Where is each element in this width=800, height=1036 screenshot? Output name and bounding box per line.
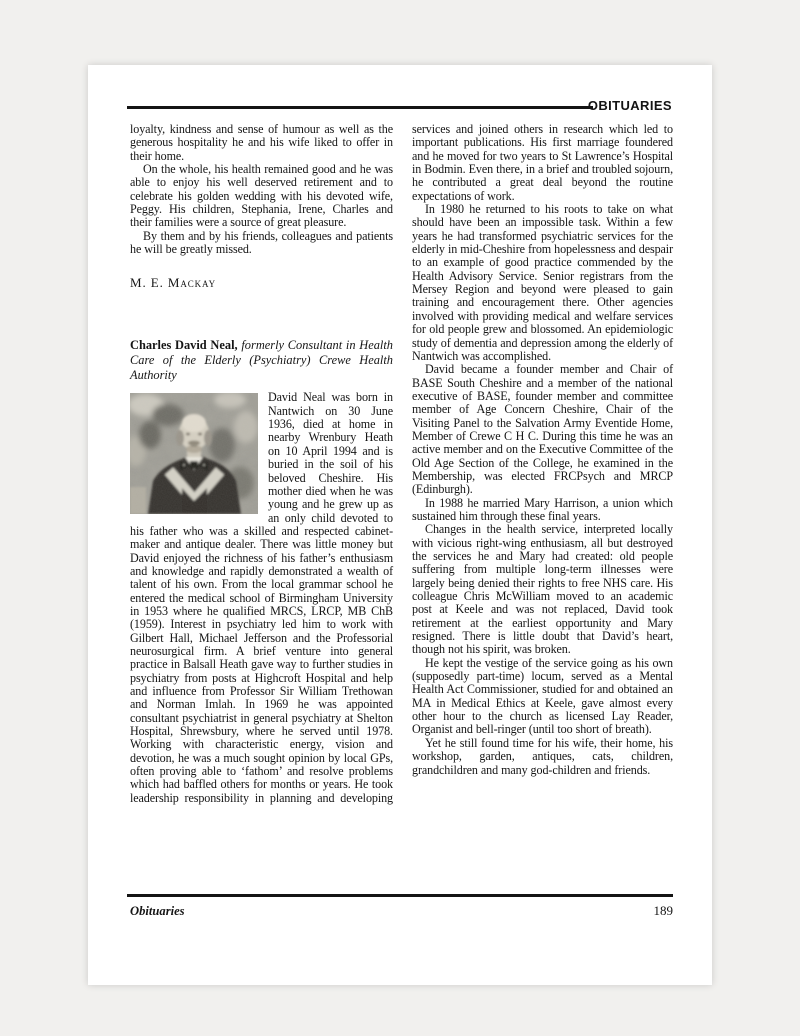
paragraph: Changes in the health service, interpret… <box>412 523 673 656</box>
journal-page: OBITUARIES loyalty, kindness and sense o… <box>88 65 712 985</box>
paragraph: In 1988 he married Mary Harrison, a unio… <box>412 497 673 524</box>
obituary-heading: Charles David Neal, formerly Consultant … <box>130 338 393 383</box>
page-footer: Obituaries 189 <box>130 903 673 919</box>
running-head: OBITUARIES <box>588 98 672 113</box>
author-signature: M. E. Mackay <box>130 275 393 291</box>
footer-rule <box>127 894 673 897</box>
page-number: 189 <box>654 903 674 919</box>
paragraph: services and joined others in research w… <box>412 123 673 203</box>
header-rule <box>127 106 593 109</box>
paragraph: David became a founder member and Chair … <box>412 363 673 496</box>
right-column: services and joined others in research w… <box>412 123 673 777</box>
paragraph: In 1980 he returned to his roots to take… <box>412 203 673 363</box>
paragraph: Yet he still found time for his wife, th… <box>412 737 673 777</box>
left-column: loyalty, kindness and sense of humour as… <box>130 123 393 805</box>
paragraph: By them and by his friends, colleagues a… <box>130 230 393 257</box>
paragraph: loyalty, kindness and sense of humour as… <box>130 123 393 163</box>
deceased-name: Charles David Neal, <box>130 338 238 352</box>
paragraph: He kept the vestige of the service going… <box>412 657 673 737</box>
obituary-body-with-photo: David Neal was born in Nantwich on 30 Ju… <box>130 391 393 805</box>
footer-journal-title: Obituaries <box>130 904 185 919</box>
paragraph: On the whole, his health remained good a… <box>130 163 393 230</box>
portrait-photo <box>130 393 258 514</box>
